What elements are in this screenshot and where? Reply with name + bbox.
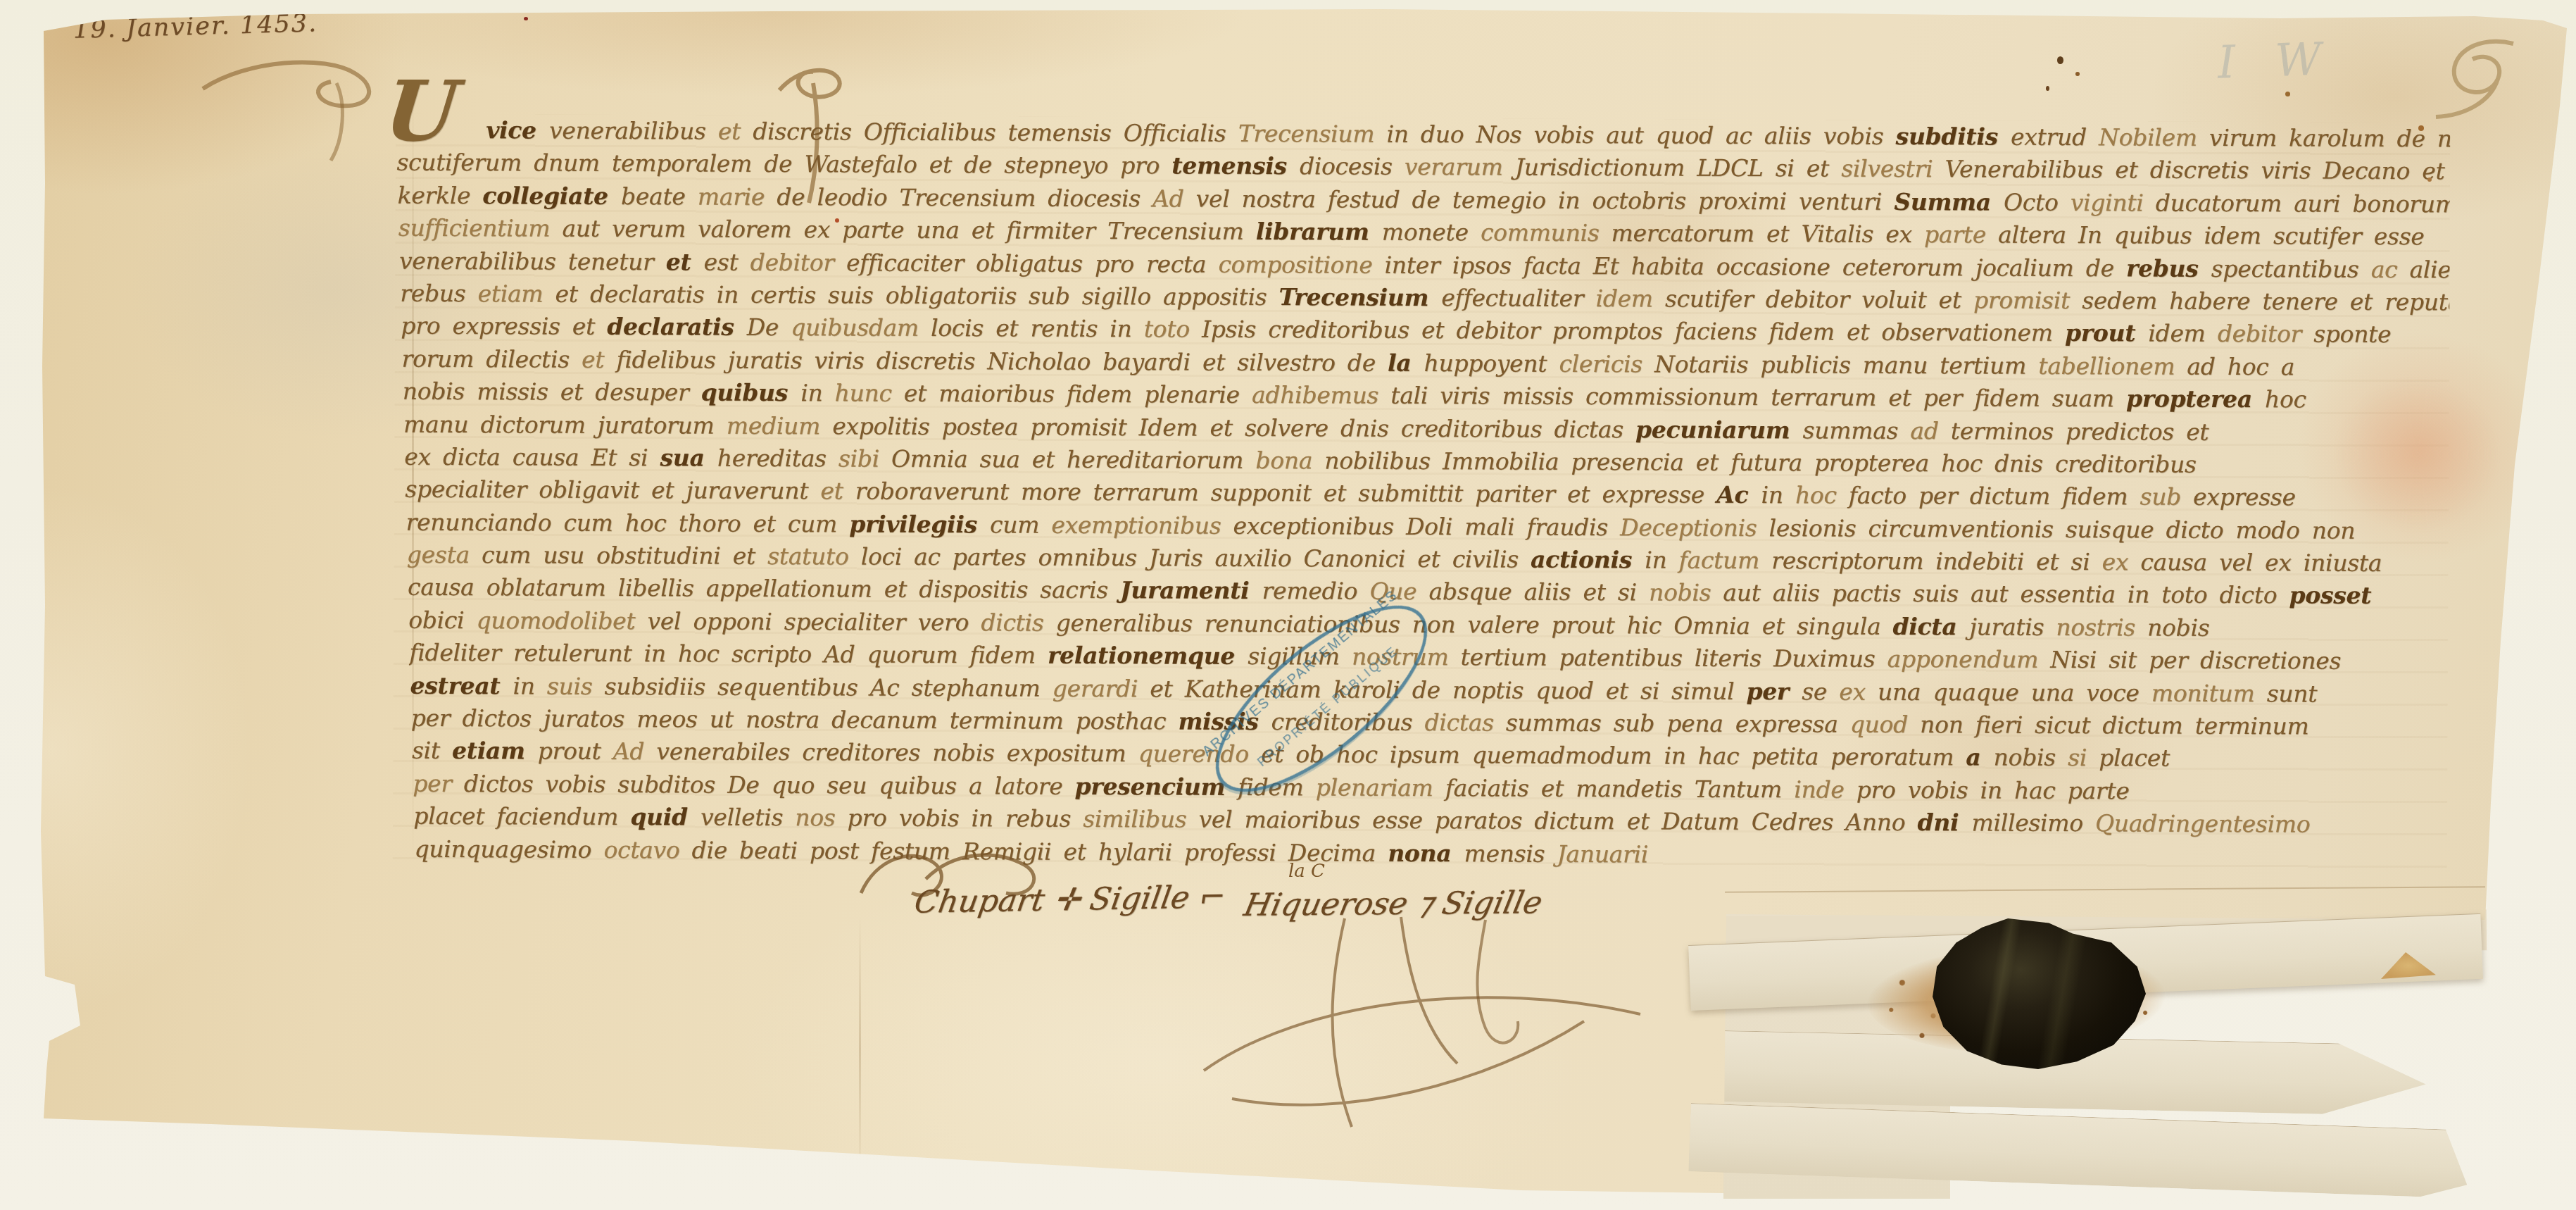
manuscript-text-block: vice venerabilibus et discretis Official… bbox=[393, 114, 2451, 875]
ink-speck bbox=[2285, 92, 2290, 96]
parchment-charter: 19. Janvier. 1453. I W U vice venerabili… bbox=[0, 0, 2576, 1210]
signature-left-word: Sigille bbox=[1087, 880, 1192, 917]
ink-speck bbox=[2427, 177, 2432, 182]
ink-speck bbox=[2418, 125, 2424, 131]
ink-speck bbox=[2075, 72, 2080, 76]
signature-right-name: Hiquerose bbox=[1240, 886, 1411, 923]
ghost-offset-mark: I W bbox=[2217, 33, 2335, 89]
signature-right: Hiquerose ⁊ Sigille bbox=[1240, 885, 1545, 923]
ink-speck bbox=[2046, 86, 2049, 91]
ink-speck bbox=[524, 17, 528, 20]
crease-line bbox=[859, 916, 861, 1183]
signature-right-prefix: la C bbox=[1288, 861, 1325, 882]
plica-fold-line bbox=[1725, 886, 2485, 893]
signature-left-name: Chupart bbox=[912, 882, 1047, 921]
signature-right-word: Sigille bbox=[1439, 885, 1545, 921]
ink-speck bbox=[835, 218, 839, 223]
signature-flourish-right bbox=[1190, 916, 1654, 1141]
manuscript-photo: 19. Janvier. 1453. I W U vice venerabili… bbox=[0, 0, 2576, 1210]
pen-flourish-after-date bbox=[199, 55, 389, 168]
pen-flourish-corner bbox=[2430, 34, 2522, 125]
ink-speck bbox=[2057, 56, 2063, 64]
archival-date-annotation: 19. Janvier. 1453. bbox=[73, 9, 318, 44]
signature-left: Chupart ✛ Sigille ⌐ bbox=[912, 879, 1228, 921]
pink-stain bbox=[2336, 379, 2498, 530]
